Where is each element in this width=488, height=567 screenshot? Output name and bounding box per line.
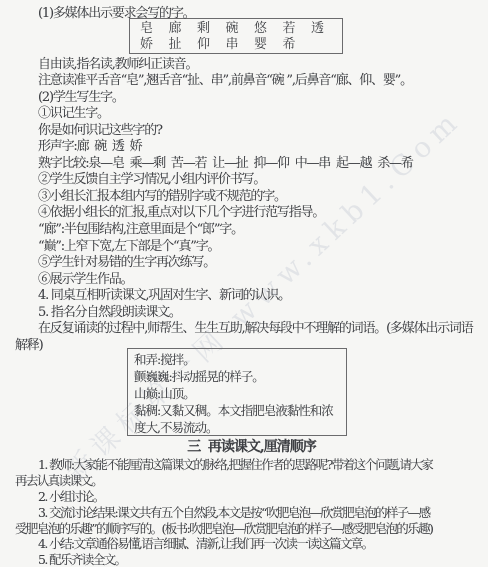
vocab-char-box: 皂廊剩碗悠若透娇扯仰串婴希 <box>129 18 343 54</box>
vocab-char: 透 <box>311 21 340 37</box>
text-line: ③小组长汇报本组内写的错别字或不规范的字。 <box>15 189 488 206</box>
text-line: (2)学生写生字。 <box>15 90 488 107</box>
vocab-char: 希 <box>283 37 312 53</box>
text-line: ④依据小组长的汇报,重点对以下几个字进行范写指导。 <box>15 205 488 222</box>
text-line: 熟字比较:泉—皂 乘—剩 苦—若 让—扯 抑—仰 中—串 起—越 杀—希 <box>15 156 488 173</box>
text-line: ①识记生字。 <box>15 106 488 123</box>
text-line: 自由读,指名读,教师纠正读音。 <box>15 57 488 74</box>
vocab-char-row: 皂廊剩碗悠若透 <box>140 21 342 37</box>
vocab-char: 皂 <box>140 21 169 37</box>
definition-line: 颤巍巍:抖动摇晃的样子。 <box>134 369 342 386</box>
text-line: “巅”:上窄下宽,左下部是个“真”字。 <box>15 239 488 256</box>
text-line: 再去认真读课文。 <box>15 473 488 489</box>
vocab-char-row: 娇扯仰串婴希 <box>140 37 342 53</box>
text-line: 1. 教师:大家能不能厘清这篇课文的脉络,把握住作者的思路呢?带着这个问题,请大… <box>15 457 488 473</box>
text-line: 4. 同桌互相听读课文,巩固对生字、新词的认识。 <box>15 288 488 305</box>
vocab-char: 若 <box>283 21 312 37</box>
text-line: “廊”:半包围结构,注意里面是个“郎”字。 <box>15 222 488 239</box>
definition-line: 度大,不易流动。 <box>134 420 342 437</box>
vocab-char: 剩 <box>197 21 226 37</box>
text-line: 注意读准平舌音“皂”,翘舌音“扯、串”,前鼻音“碗 ”,后鼻音“廊、仰、婴”。 <box>15 73 488 90</box>
document-content: (1)多媒体出示要求会写的字。 皂廊剩碗悠若透娇扯仰串婴希 自由读,指名读,教师… <box>15 6 488 567</box>
vocab-char: 碗 <box>226 21 255 37</box>
text-line: ②学生反馈自主学习情况,小组内评价书写。 <box>15 172 488 189</box>
section-heading: 三 再读课文,厘清顺序 <box>15 439 488 455</box>
text-line: 形声字:廊 碗 透 娇 <box>15 139 488 156</box>
vocab-char: 扯 <box>169 37 198 53</box>
text-line: ⑤学生针对易错的生字再次练写。 <box>15 255 488 272</box>
vocab-char: 串 <box>226 37 255 53</box>
text-line: 5. 配乐齐读全文。 <box>15 552 488 567</box>
text-line: 在反复诵读的过程中,师帮生、生生互助,解决每段中不理解的词语。(多媒体出示词语 <box>15 321 488 338</box>
vocab-char: 悠 <box>254 21 283 37</box>
document-page: 新课标第一网 www.xkb1.Com (1)多媒体出示要求会写的字。 皂廊剩碗… <box>0 0 488 567</box>
definition-line: 山巅:山顶。 <box>134 386 342 403</box>
vocab-char: 仰 <box>197 37 226 53</box>
text-line: ⑥展示学生作品。 <box>15 272 488 289</box>
vocab-char: 婴 <box>254 37 283 53</box>
word-definitions-box: 和弄:搅拌。颤巍巍:抖动摇晃的样子。山巅:山顶。黏稠:又黏又稠。本文指肥皂液黏性… <box>127 348 347 436</box>
text-line: 受肥皂泡的乐趣”的顺序写的。(板书:吹肥皂泡—欣赏肥皂泡的样子—感受肥皂泡的乐趣… <box>15 521 488 537</box>
section-three-steps: 1. 教师:大家能不能厘清这篇课文的脉络,把握住作者的思路呢?带着这个问题,请大… <box>15 457 488 567</box>
definition-line: 和弄:搅拌。 <box>134 352 342 369</box>
vocab-char: 廊 <box>169 21 198 37</box>
lesson-steps: 自由读,指名读,教师纠正读音。注意读准平舌音“皂”,翘舌音“扯、串”,前鼻音“碗… <box>15 57 488 355</box>
text-line: 5. 指名分自然段朗读课文。 <box>15 305 488 322</box>
text-line: 2. 小组讨论。 <box>15 489 488 505</box>
text-line: 3. 交流讨论结果:课文共有五个自然段,本文是按“吹肥皂泡—欣赏肥皂泡的样子—感 <box>15 505 488 521</box>
text-line: 4. 小结:文章通俗易懂,语言细腻、清新,让我们再一次读一读这篇文章。 <box>15 536 488 552</box>
text-line: 你是如何识记这些字的? <box>15 123 488 140</box>
vocab-char: 娇 <box>140 37 169 53</box>
definition-line: 黏稠:又黏又稠。本文指肥皂液黏性和浓 <box>134 403 342 420</box>
